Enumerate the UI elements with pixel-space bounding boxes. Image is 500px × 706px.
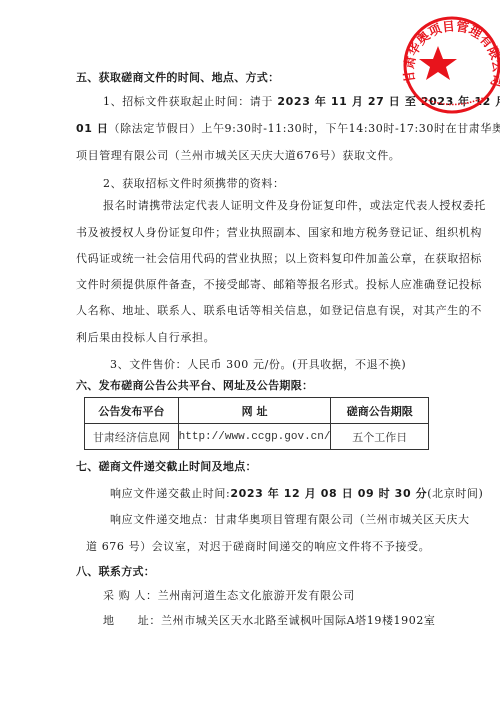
table-header: 磋商公告期限: [331, 398, 429, 424]
item1-line3: 项目管理有限公司（兰州市城关区天庆大道676号）获取文件。: [76, 149, 428, 163]
address-value: 兰州市城关区天水北路至诚枫叶国际A塔19楼1902室: [161, 614, 436, 627]
location-line1: 响应文件递交地点：甘肃华奥项目管理有限公司（兰州市城关区天庆大: [110, 513, 462, 527]
publication-table: 公告发布平台 网 址 磋商公告期限 甘肃经济信息网 http://www.ccg…: [84, 397, 429, 450]
item2-line: 书及被授权人身份证复印件；营业执照副本、国家和地方税务登记证、组织机构: [76, 226, 428, 240]
svg-text:甘肃华奥项目管理有限公司: 甘肃华奥项目管理有限公司: [401, 18, 500, 88]
section8-heading: 八、联系方式：: [76, 565, 428, 579]
item1-prefix: 1、招标文件获取起止时间：请于: [103, 95, 273, 108]
purchaser-value: 兰州南河道生态文化旅游开发有限公司: [158, 589, 355, 602]
table-cell-url[interactable]: http://www.ccgp.gov.cn/: [178, 424, 331, 450]
item2-line: 文件时须提供原件备查，不接受邮寄、邮箱等报名形式。投标人应准确登记投标: [76, 278, 428, 292]
star-icon: [419, 46, 457, 80]
item1-date-end: 01 日: [76, 122, 109, 135]
item3-price: 3、文件售价：人民币 300 元/份。(开具收据，不退不换): [110, 358, 462, 372]
item2-line: 人名称、地址、联系人、联系电话等相关信息，如登记信息有误，对其产生的不: [76, 304, 428, 318]
company-seal-icon: 甘肃华奥项目管理有限公司: [401, 14, 500, 116]
deadline-suffix: (北京时间): [427, 487, 483, 500]
item2-line: 代码证或统一社会信用代码的营业执照；以上资料复印件加盖公章，在获取招标: [76, 252, 428, 266]
item2-title: 2、获取招标文件时须携带的资料：: [103, 177, 455, 191]
table-header: 网 址: [178, 398, 331, 424]
section7-heading: 七、磋商文件递交截止时间及地点：: [76, 460, 428, 474]
section6-heading: 六、发布磋商公告公共平台、网址及公告期限：: [76, 379, 428, 393]
address-label: 地 址：: [103, 614, 161, 627]
item1-line2: 01 日（除法定节假日）上午9:30时-11:30时，下午14:30时-17:3…: [76, 122, 428, 136]
table-cell-period: 五个工作日: [331, 424, 429, 450]
seal-text: 甘肃华奥项目管理有限公司: [401, 18, 500, 88]
item2-line: 报名时请携带法定代表人证明文件及身份证复印件，或法定代表人授权委托: [103, 199, 455, 213]
item1-line2-rest: （除法定节假日）上午9:30时-11:30时，下午14:30时-17:30时在甘…: [109, 122, 500, 135]
deadline-label: 响应文件递交截止时间:: [110, 487, 230, 500]
purchaser-line: 采 购 人：兰州南河道生态文化旅游开发有限公司: [103, 589, 455, 603]
deadline-value: 2023 年 12 月 08 日 09 时 30 分: [230, 487, 427, 500]
table-header: 公告发布平台: [85, 398, 179, 424]
deadline-line: 响应文件递交截止时间:2023 年 12 月 08 日 09 时 30 分(北京…: [110, 487, 462, 501]
table-row: 甘肃经济信息网 http://www.ccgp.gov.cn/ 五个工作日: [85, 424, 429, 450]
table-header-row: 公告发布平台 网 址 磋商公告期限: [85, 398, 429, 424]
item2-line: 利后果由投标人自行承担。: [76, 331, 428, 345]
table-cell-platform: 甘肃经济信息网: [85, 424, 179, 450]
section5-heading: 五、获取磋商文件的时间、地点、方式：: [76, 71, 428, 85]
location-line2: 道 676 号）会议室，对迟于磋商时间递交的响应文件将不予接受。: [86, 540, 438, 554]
address-line: 地 址：兰州市城关区天水北路至诚枫叶国际A塔19楼1902室: [103, 614, 455, 628]
purchaser-label: 采 购 人：: [103, 589, 158, 602]
